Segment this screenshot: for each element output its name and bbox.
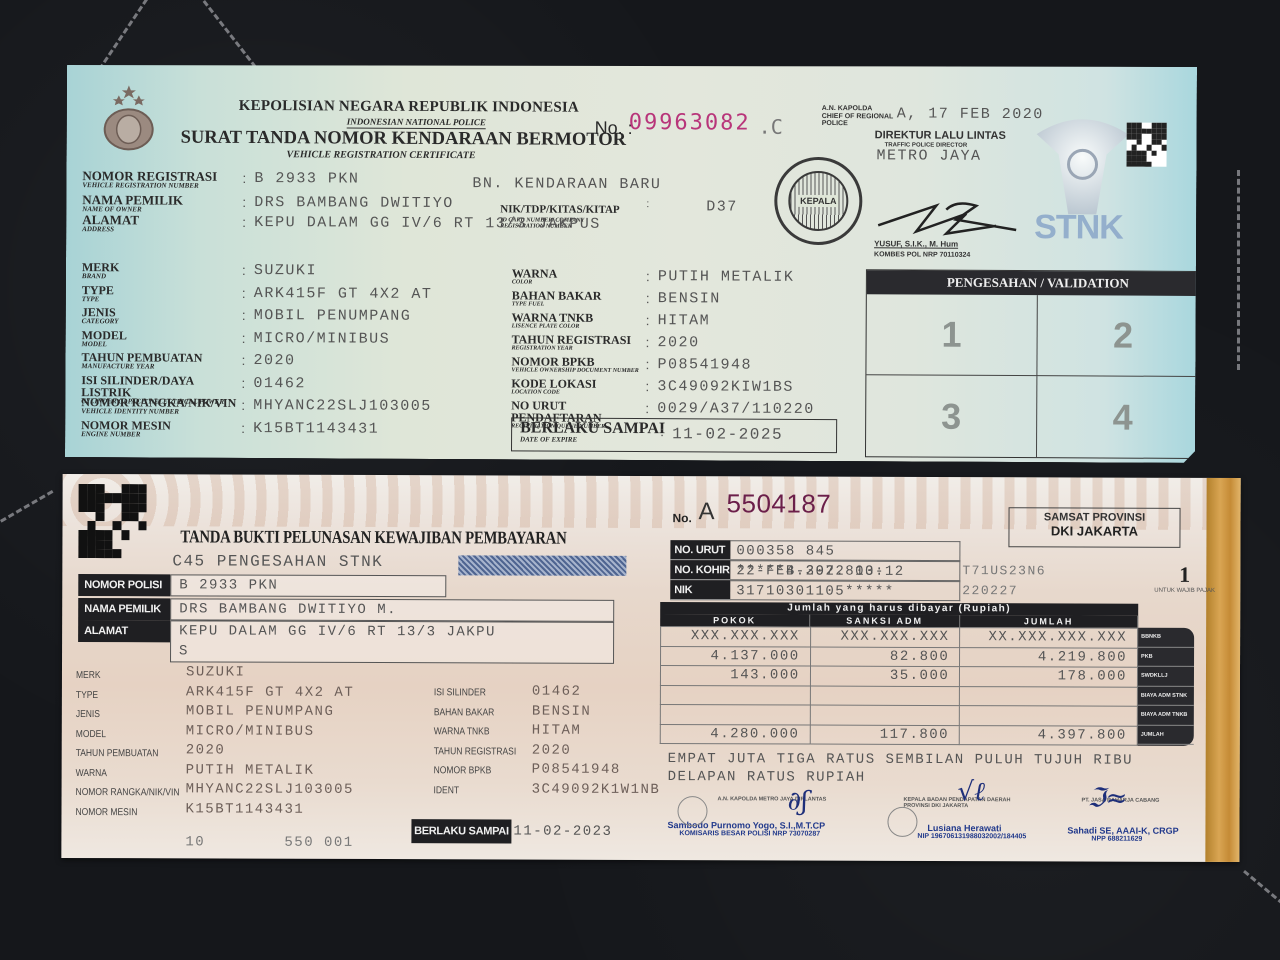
- detail-field: WARNA TNKBLISENCE PLATE COLOR:HITAM: [512, 311, 711, 330]
- field-label: TAHUN REGISTRASI: [434, 746, 517, 757]
- field-label: TYPE: [76, 689, 98, 700]
- samsat-box: SAMSAT PROVINSI DKI JAKARTA: [1008, 507, 1180, 548]
- field-value: P08541948: [657, 356, 752, 373]
- ref-extra: 220227: [962, 583, 1018, 598]
- copy-label: UNTUK WAJIB PAJAK: [1154, 588, 1215, 594]
- signature-icon: [876, 195, 1026, 240]
- reference-table: NO. URUT 000358 845 *****4.397.800- NO. …: [670, 540, 960, 601]
- payment-row: [660, 685, 1137, 706]
- id-card-value: D37: [706, 198, 738, 215]
- field-value: 3C49092K1W1NB: [532, 781, 661, 797]
- cell-sanksi: [810, 686, 960, 706]
- field-value: ARK415F GT 4X2 AT: [186, 684, 354, 701]
- cell-jumlah: 4.397.800: [960, 725, 1138, 745]
- field-value: SUZUKI: [186, 664, 245, 680]
- vehicle-field: MODELMODEL:MICRO/MINIBUS: [82, 329, 391, 350]
- official-jasa-raharja: PT. JASA RAHARJA CABANG Sahadi SE, AAAI-…: [1067, 797, 1187, 842]
- samsat-line1: SAMSAT PROVINSI: [1010, 508, 1180, 524]
- samsat-line2: DKI JAKARTA: [1009, 523, 1179, 539]
- field-value: 2020: [658, 334, 700, 351]
- field-label-en: TYPE: [82, 296, 242, 304]
- field-address: ALAMATADDRESS : KEPU DALAM GG IV/6 RT 13…: [82, 213, 601, 236]
- seal-icon: [677, 796, 707, 826]
- field-value: B 2933 PKN: [254, 170, 359, 188]
- payment-row: [660, 705, 1137, 726]
- validation-cell-1: 1: [866, 294, 1037, 376]
- field-value: K15BT1143431: [253, 420, 379, 438]
- official-stamp: KEPALA: [774, 157, 862, 245]
- field-label-en: ADDRESS: [82, 226, 242, 234]
- row-label: PKB: [1138, 647, 1194, 667]
- cell-pokok: XXX.XXX.XXX: [661, 627, 811, 647]
- payment-table: Jumlah yang harus dibayar (Rupiah) POKOK…: [660, 602, 1200, 746]
- address-line1: KEPU DALAM GG IV/6 RT 13/3 JAKPU: [179, 623, 496, 640]
- field-value: P08541948: [532, 762, 621, 778]
- field-value: KEPU DALAM GG IV/6 RT 13/3 JAKPUS: [254, 214, 601, 233]
- ref-value: 31710301105*****: [730, 580, 960, 601]
- expire-date: 11-02-2025: [672, 425, 783, 444]
- field-label: NOMOR RANGKA/NIK/VIN: [76, 787, 180, 798]
- official-id: KOMISARIS BESAR POLISI NRP 73070287: [667, 830, 867, 838]
- field-label: NIK/TDP/KITAS/KITAP: [500, 203, 619, 216]
- field-value: 0029/A37/110220: [657, 400, 815, 418]
- expire-box: BERLAKU SAMPAI DATE OF EXPIRE : 11-02-20…: [511, 417, 837, 453]
- field-police-number: NOMOR POLISI B 2933 PKN: [78, 574, 446, 597]
- official-name: Sahadi SE, AAAI-K, CRGP: [1067, 825, 1187, 835]
- serial-number: 09963082: [629, 110, 751, 136]
- field-value: BENSIN: [532, 703, 591, 719]
- hologram-text: STNK: [1034, 208, 1123, 247]
- field-label-en: MODEL: [82, 341, 242, 349]
- field-value: SUZUKI: [254, 262, 317, 279]
- cell-jumlah: 4.219.800: [960, 647, 1138, 667]
- field-label: IDENT: [434, 785, 460, 796]
- field-value: 2020: [186, 742, 226, 758]
- official-bapenda: KEPALA BADAN PENDAPATAN DAERAH PROVINSI …: [887, 797, 1067, 841]
- stnk-certificate: KEPOLISIAN NEGARA REPUBLIK INDONESIA IND…: [65, 61, 1197, 463]
- column-header: SANKSI ADM: [810, 615, 960, 628]
- qr-code-icon: [1127, 123, 1167, 167]
- field-value: B 2933 PKN: [170, 574, 446, 597]
- cell-jumlah: [960, 686, 1138, 706]
- director-title: DIREKTUR LALU LINTAS: [875, 129, 1006, 142]
- issuer-on-behalf: A.N. KAPOLDA CHIEF OF REGIONAL POLICE: [822, 105, 894, 128]
- police-emblem-icon: [99, 83, 159, 153]
- field-value: DRS BAMBANG DWITIYO M.: [170, 598, 614, 622]
- payment-row: 143.00035.000178.000: [660, 666, 1137, 687]
- cell-sanksi: 35.000: [810, 666, 960, 686]
- validation-cell-4: 4: [1037, 376, 1208, 458]
- stamp-text: KEPALA: [798, 195, 838, 207]
- field-label: BAHAN BAKAR: [434, 707, 495, 718]
- field-label-en: VEHICLE OWNERSHIP DOCUMENT NUMBER: [511, 367, 645, 374]
- cell-pokok: 143.000: [660, 666, 810, 686]
- ref-label: NO. KOHIR: [670, 560, 730, 580]
- cell-sanksi: XXX.XXX.XXX: [810, 627, 960, 647]
- agency-name-en: INDONESIAN NATIONAL POLICE: [347, 117, 486, 130]
- column-header: JUMLAH: [960, 615, 1138, 628]
- expire-label: BERLAKU SAMPAI: [520, 419, 665, 437]
- official-id: NPP 688211629: [1067, 835, 1187, 842]
- field-label: TAHUN PEMBUATAN: [76, 748, 159, 759]
- signature-icon: ∂ʃ: [787, 786, 808, 816]
- receipt-no-label: No.: [672, 511, 691, 525]
- officials: A.N. KAPOLDA METRO JAYA DIRLANTAS Sambod…: [667, 782, 1187, 854]
- seat-stitching: [1243, 870, 1280, 911]
- field-label: NOMOR BPKB: [434, 765, 492, 776]
- row-label: BIAYA ADM TNKB: [1138, 706, 1194, 726]
- column-header: POKOK: [660, 614, 810, 627]
- ref-value: 22-FEB-2022 13:12: [730, 560, 960, 581]
- official-id: NIP 196706131988032002/184405: [887, 833, 1067, 841]
- detail-field: KODE LOKASILOCATION CODE:3C49092KIW1BS: [511, 377, 794, 396]
- field-label: NOMOR MESIN: [75, 806, 137, 817]
- field-label: MODEL: [76, 728, 106, 739]
- field-label-en: COLOR: [512, 279, 646, 286]
- payment-row: 4.280.000117.8004.397.800: [660, 724, 1137, 745]
- field-value: HITAM: [532, 723, 582, 739]
- vehicle-field: NOMOR MESINENGINE NUMBER:K15BT1143431: [81, 419, 379, 440]
- field-value: ARK415F GT 4X2 AT: [254, 285, 433, 303]
- detail-fields: WARNACOLOR:PUTIH METALIKBAHAN BAKARTYPE …: [67, 61, 1197, 67]
- serial-label: No. :: [595, 118, 633, 139]
- cell-pokok: [660, 705, 810, 725]
- cell-pokok: 4.280.000: [660, 724, 810, 744]
- field-label: ALAMAT: [78, 620, 170, 642]
- cell-jumlah: [960, 706, 1138, 726]
- copy-indicator: 1 UNTUK WAJIB PAJAK: [1154, 562, 1215, 594]
- ref-label: NO. URUT: [670, 540, 730, 560]
- cell-pokok: [660, 685, 810, 705]
- seat-stitching: [0, 490, 53, 523]
- field-value: KEPU DALAM GG IV/6 RT 13/3 JAKPU S: [170, 620, 614, 664]
- field-label: ISI SILINDER: [434, 687, 486, 698]
- field-value: HITAM: [658, 312, 711, 329]
- serial-suffix: .C: [759, 115, 783, 139]
- field-label: JENIS: [76, 709, 100, 720]
- field-label: MERK: [76, 670, 101, 681]
- field-value: PUTIH METALIK: [658, 268, 795, 286]
- vehicle-field: TYPETYPE:ARK415F GT 4X2 AT: [82, 284, 433, 305]
- payment-row: XXX.XXX.XXXXXX.XXX.XXXXX.XXX.XXX.XXX: [661, 627, 1138, 648]
- vehicle-extra-line: 10 550 001: [185, 834, 353, 851]
- signature-icon: ℑ≈: [1087, 784, 1127, 814]
- security-hatch: [458, 555, 626, 576]
- cell-sanksi: 117.800: [810, 725, 960, 745]
- row-label: SWDKLLJ: [1138, 667, 1194, 687]
- receipt-number: 5504187: [727, 488, 832, 519]
- field-value: MHYANC22SLJ103005: [253, 397, 432, 415]
- field-address: ALAMAT KEPU DALAM GG IV/6 RT 13/3 JAKPU …: [78, 620, 614, 644]
- document-title: SURAT TANDA NOMOR KENDARAAN BERMOTOR: [181, 128, 627, 151]
- row-label: BBNKB: [1138, 628, 1194, 648]
- vehicle-field: NOMOR RANGKA/NIK/VINVEHICLE IDENTITY NUM…: [81, 396, 432, 417]
- cell-jumlah: XX.XXX.XXX.XXX: [960, 628, 1138, 648]
- field-value: 01462: [253, 375, 306, 392]
- detail-field: TAHUN REGISTRASIREGISTRATION YEAR:2020: [512, 333, 700, 352]
- field-label: WARNA: [76, 767, 107, 778]
- cell-jumlah: 178.000: [960, 667, 1138, 687]
- expire-label: BERLAKU SAMPAI: [411, 819, 511, 843]
- field-label-en: VEHICLE REGISTRATION NUMBER: [82, 182, 242, 190]
- vehicle-fields: MERKBRAND:SUZUKITYPETYPE:ARK415F GT 4X2 …: [67, 61, 1197, 67]
- qr-code-icon: [78, 484, 146, 558]
- expire-label-en: DATE OF EXPIRE: [520, 436, 665, 444]
- cell-pokok: 4.137.000: [661, 646, 811, 666]
- signer-nrp: KOMBES POL NRP 70110324: [874, 251, 970, 259]
- validation-title: PENGESAHAN / VALIDATION: [867, 270, 1209, 296]
- field-value: PUTIH METALIK: [186, 762, 315, 778]
- detail-field: BAHAN BAKARTYPE FUEL:BENSIN: [512, 289, 721, 308]
- field-value: BENSIN: [658, 290, 721, 307]
- copy-number: 1: [1154, 562, 1215, 588]
- agency-name: KEPOLISIAN NEGARA REPUBLIK INDONESIA: [239, 98, 579, 117]
- ref-extra: T71US23N6: [962, 563, 1046, 578]
- field-value: K15BT1143431: [185, 801, 304, 817]
- field-value: MOBIL PENUMPANG: [254, 307, 412, 325]
- field-label-en: CATEGORY: [82, 318, 242, 326]
- issuer-region: METRO JAYA: [877, 147, 982, 165]
- row-label: JUMLAH: [1138, 725, 1194, 745]
- detail-field: NOMOR BPKBVEHICLE OWNERSHIP DOCUMENT NUM…: [511, 355, 752, 374]
- field-owner-name: NAMA PEMILIK DRS BAMBANG DWITIYO M.: [78, 598, 614, 622]
- cell-sanksi: [810, 705, 960, 725]
- vehicle-field: MERKBRAND:SUZUKI: [82, 261, 317, 281]
- field-value: 01462: [532, 684, 582, 700]
- field-label: NOMOR POLISI: [78, 574, 170, 596]
- vehicle-field: TAHUN PEMBUATANMANUFACTURE YEAR:2020: [81, 351, 295, 371]
- validation-cell-3: 3: [866, 375, 1037, 457]
- ref-value: 000358 845 *****4.397.800-: [730, 540, 960, 561]
- registration-note: BN. KENDARAAN BARU: [472, 175, 661, 193]
- validation-cell-2: 2: [1037, 295, 1208, 377]
- field-label: WARNA TNKB: [434, 726, 490, 737]
- official-title: PT. JASA RAHARJA CABANG: [1068, 797, 1188, 803]
- field-value: MOBIL PENUMPANG: [186, 703, 335, 720]
- field-value: DRS BAMBANG DWITIYO: [254, 194, 454, 212]
- signer-name: YUSUF, S.I.K., M. Hum: [874, 239, 958, 248]
- payment-row: 4.137.00082.8004.219.800: [661, 646, 1138, 667]
- field-value: MHYANC22SLJ103005: [186, 781, 354, 798]
- field-value: 2020: [532, 742, 572, 758]
- field-label-en: LISENCE PLATE COLOR: [512, 323, 646, 330]
- address-line2: S: [179, 643, 189, 659]
- document-title-en: VEHICLE REGISTRATION CERTIFICATE: [287, 149, 476, 161]
- issue-place-date: A, 17 FEB 2020: [897, 105, 1044, 123]
- field-value: MICRO/MINIBUS: [254, 330, 391, 348]
- field-value: MICRO/MINIBUS: [186, 723, 315, 739]
- expire-date: 11-02-2023: [513, 824, 612, 840]
- receipt-subtitle: C45 PENGESAHAN STNK: [172, 552, 383, 571]
- side-watermark: STNK: [1213, 327, 1232, 427]
- receipt-series: A: [698, 498, 714, 526]
- receipt-title: TANDA BUKTI PELUNASAN KEWAJIBAN PEMBAYAR…: [180, 526, 566, 548]
- detail-field: WARNACOLOR:PUTIH METALIK: [512, 267, 795, 286]
- gold-security-strip: [1205, 478, 1240, 862]
- field-label-en: BRAND: [82, 273, 242, 281]
- field-value: 2020: [253, 352, 295, 369]
- vehicle-field: JENISCATEGORY:MOBIL PENUMPANG: [82, 306, 412, 327]
- cell-sanksi: 82.800: [810, 647, 960, 667]
- seat-stitching: [1237, 170, 1240, 370]
- field-registration-number: NOMOR REGISTRASIVEHICLE REGISTRATION NUM…: [82, 169, 359, 190]
- official-police: A.N. KAPOLDA METRO JAYA DIRLANTAS Sambod…: [667, 796, 867, 838]
- field-label: NAMA PEMILIK: [78, 598, 170, 620]
- field-value: 3C49092KIW1BS: [657, 378, 794, 396]
- validation-grid: PENGESAHAN / VALIDATION 1 2 3 4: [865, 269, 1210, 459]
- tax-payment-receipt: TANDA BUKTI PELUNASAN KEWAJIBAN PEMBAYAR…: [61, 474, 1240, 862]
- row-label: BIAYA ADM STNK: [1138, 686, 1194, 706]
- ref-label: NIK: [670, 580, 730, 600]
- signature-icon: √ℓ: [958, 777, 986, 807]
- payment-row-labels: BBNKBPKBSWDKLLJBIAYA ADM STNKBIAYA ADM T…: [1138, 628, 1194, 746]
- seal-icon: [887, 807, 917, 837]
